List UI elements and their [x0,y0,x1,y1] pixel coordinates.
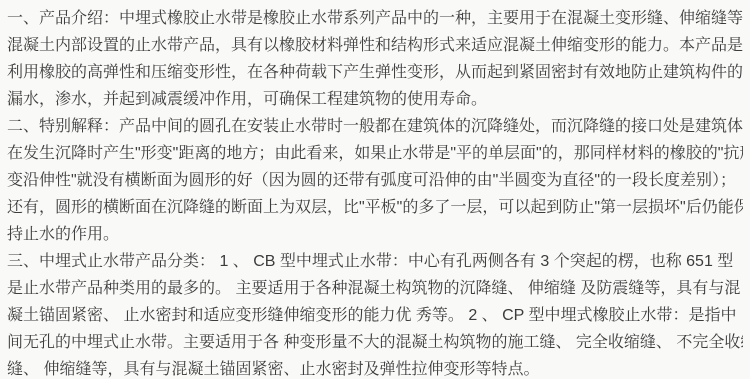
text-line: 一、产品介绍：中埋式橡胶止水带是橡胶止水带系列产品中的一种，主要用于在混凝土变形… [7,5,743,32]
text-line: 缝、 伸缩缝等，具有与混凝土锚固紧密、止水密封及弹性拉伸变形等特点。 [7,356,743,379]
text-line: 凝土锚固紧密、 止水密封和适应变形缝伸缩变形的能力优 秀等。 2 、 CP 型中… [7,302,743,329]
text-line: 变沿伸性"就没有横断面为圆形的好（因为圆的还带有弧度可沿伸的由"半圆变为直径"的… [7,167,743,194]
text-line: 漏水，渗水，并起到减震缓冲作用，可确保工程建筑物的使用寿命。 [7,86,743,113]
paragraph-product-classification: 三、中埋式止水带产品分类： 1 、 CB 型中埋式止水带：中心有孔两侧各有 3 … [7,248,743,379]
text-line: 混凝土内部设置的止水带产品，具有以橡胶材料弹性和结构形式来适应混凝土伸缩变形的能… [7,32,743,59]
text-line: 利用橡胶的高弹性和压缩变形性，在各种荷载下产生弹性变形，从而起到紧固密封有效地防… [7,59,743,86]
text-line: 持止水的作用。 [7,221,743,248]
text-line: 在发生沉降时产生"形变"距离的地方；由此看来，如果止水带是"平的单层面"的，那同… [7,140,743,167]
text-line: 还有，圆形的横断面在沉降缝的断面上为双层，比"平板"的多了一层，可以起到防止"第… [7,194,743,221]
text-line: 三、中埋式止水带产品分类： 1 、 CB 型中埋式止水带：中心有孔两侧各有 3 … [7,248,743,275]
text-line: 二、特别解释：产品中间的圆孔在安装止水带时一般都在建筑体的沉降缝处，而沉降缝的接… [7,113,743,140]
text-line: 是止水带产品种类用的最多的。 主要适用于各种混凝土构筑物的沉降缝、 伸缩缝 及防… [7,275,743,302]
paragraph-product-intro: 一、产品介绍：中埋式橡胶止水带是橡胶止水带系列产品中的一种，主要用于在混凝土变形… [7,5,743,113]
text-line: 间无孔的中埋式止水带。主要适用于各 种变形量不大的混凝土构筑物的施工缝、 完全收… [7,329,743,356]
document-text: 一、产品介绍：中埋式橡胶止水带是橡胶止水带系列产品中的一种，主要用于在混凝土变形… [0,0,750,379]
paragraph-special-explanation: 二、特别解释：产品中间的圆孔在安装止水带时一般都在建筑体的沉降缝处，而沉降缝的接… [7,113,743,248]
